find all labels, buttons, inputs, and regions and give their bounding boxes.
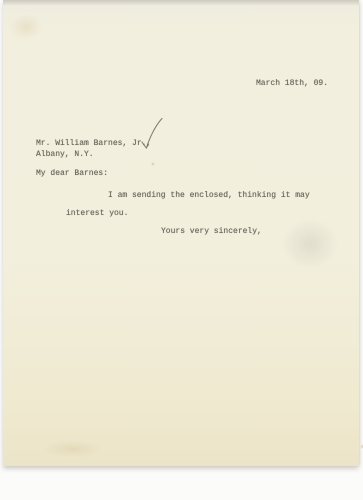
smudge-right — [281, 218, 339, 270]
recipient-name-line: Mr. William Barnes, Jr., — [36, 139, 151, 149]
scan-background: March 18th, 09. Mr. William Barnes, Jr.,… — [0, 0, 363, 500]
paper-top-edge — [3, 0, 359, 6]
body-line: I am sending the enclosed, thinking it m… — [108, 191, 310, 201]
salutation-line: My dear Barnes: — [36, 169, 108, 179]
checkmark-icon — [140, 117, 164, 151]
closing-line: Yours very sincerely, — [161, 227, 262, 237]
smudge-bottom — [43, 440, 103, 458]
body-line: interest you. — [66, 209, 128, 219]
date-line: March 18th, 09. — [256, 79, 328, 89]
letter-page: March 18th, 09. Mr. William Barnes, Jr.,… — [3, 0, 359, 466]
stain-top-left — [9, 14, 43, 40]
recipient-city-line: Albany, N.Y. — [36, 150, 94, 160]
speck — [151, 162, 155, 166]
